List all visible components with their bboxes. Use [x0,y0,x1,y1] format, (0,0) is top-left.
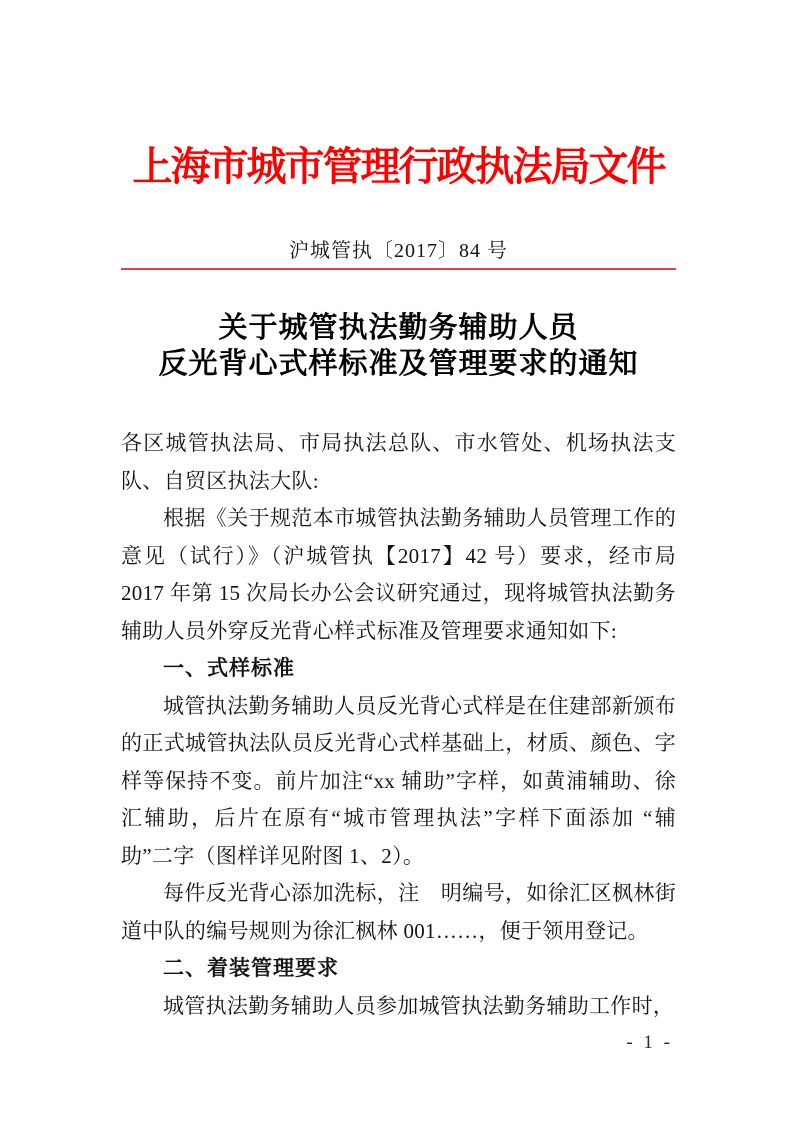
page-number: - 1 - [626,1032,673,1054]
notice-title-line2: 反光背心式样标准及管理要求的通知 [121,346,676,382]
notice-title-line1: 关于城管执法勤务辅助人员 [121,310,676,346]
document-number: 沪城管执〔2017〕84 号 [121,239,676,263]
body-paragraph: 城管执法勤务辅助人员参加城管执法勤务辅助工作时， [121,988,676,1026]
body-paragraph: 每件反光背心添加洗标，注 明编号，如徐汇区枫林街道中队的编号规则为徐汇枫林 00… [121,875,676,950]
body-paragraph: 根据《关于规范本市城管执法勤务辅助人员管理工作的意见（试行）》（沪城管执【201… [121,500,676,650]
red-divider-line [121,268,676,270]
section-heading: 二、着装管理要求 [121,950,676,988]
document-body: 各区城管执法局、市局执法总队、市水管处、机场执法支队、自贸区执法大队:根据《关于… [121,425,676,1025]
document-header-title: 上海市城市管理行政执法局文件 [121,145,676,189]
salutation-line: 各区城管执法局、市局执法总队、市水管处、机场执法支队、自贸区执法大队: [121,425,676,500]
notice-title: 关于城管执法勤务辅助人员 反光背心式样标准及管理要求的通知 [121,310,676,382]
section-heading: 一、式样标准 [121,650,676,688]
document-page: 上海市城市管理行政执法局文件 沪城管执〔2017〕84 号 关于城管执法勤务辅助… [0,0,793,1122]
body-paragraph: 城管执法勤务辅助人员反光背心式样是在住建部新颁布的正式城管执法队员反光背心式样基… [121,688,676,876]
